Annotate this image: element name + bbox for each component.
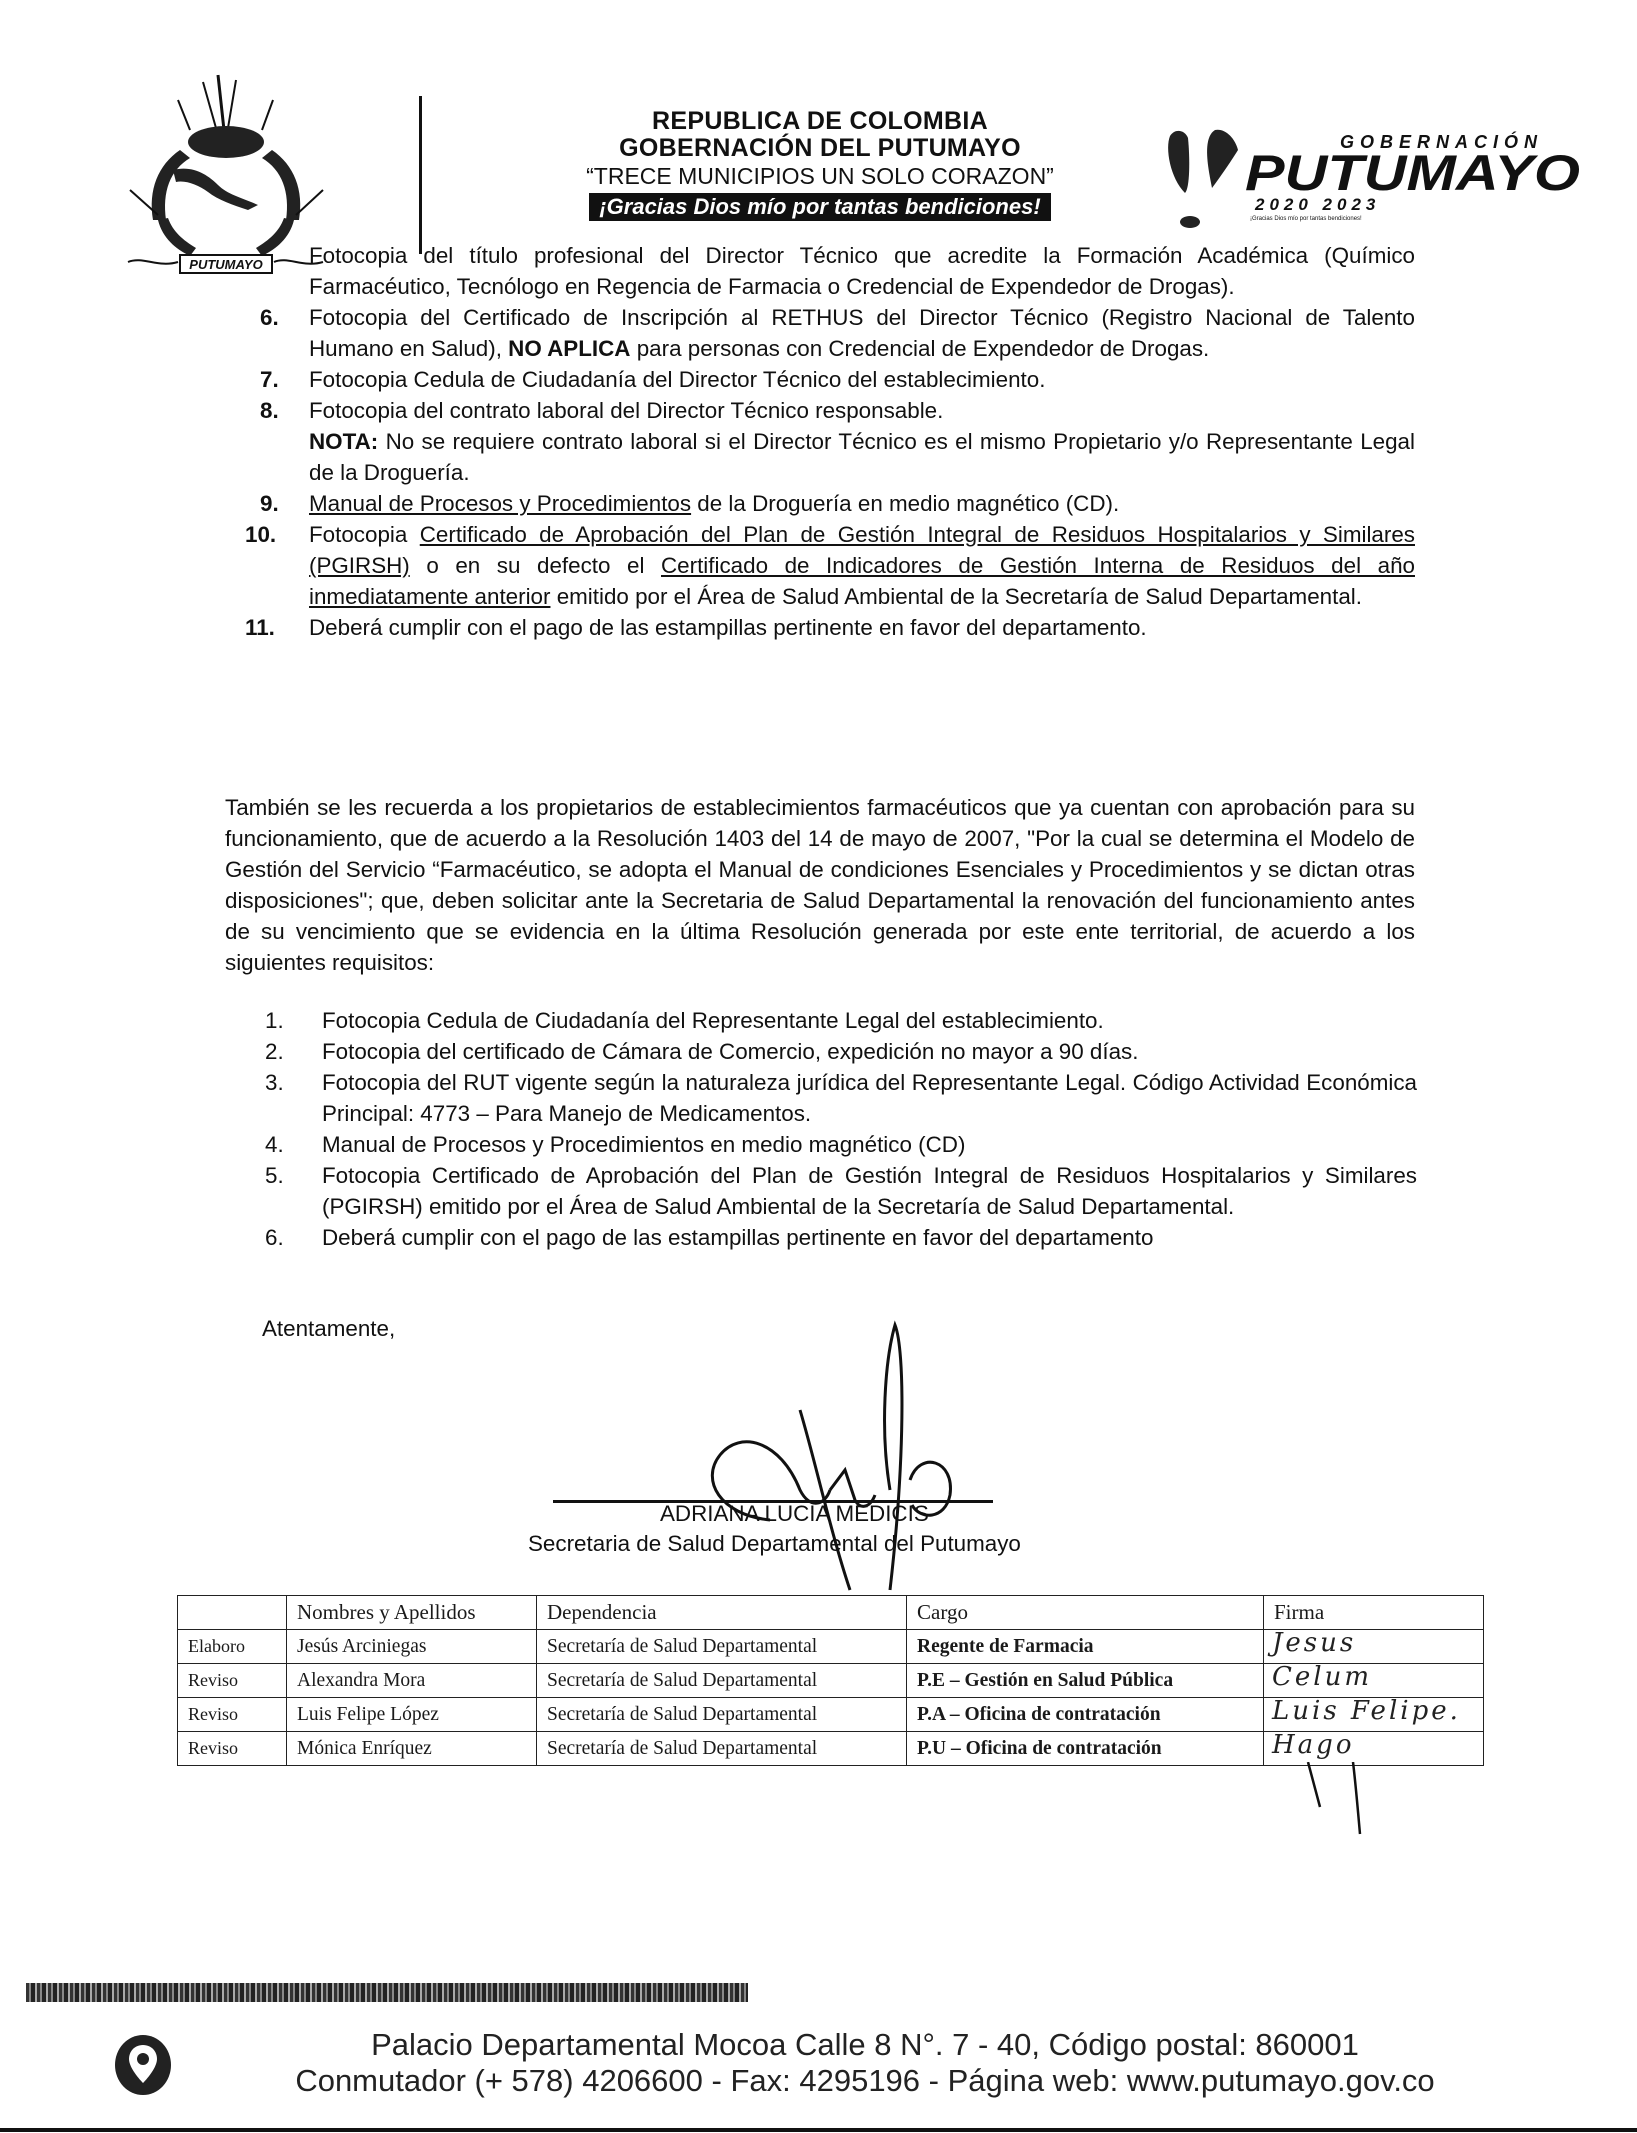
list-number: 1. (265, 1005, 284, 1036)
footer-rule (0, 2128, 1637, 2132)
list-number: 9. (260, 488, 279, 519)
list-text: para personas con Credencial de Expended… (630, 336, 1209, 361)
list-number: 11. (245, 612, 275, 643)
list-text: Manual de Procesos y Procedimientos (309, 491, 691, 516)
list-number: 6. (260, 302, 279, 333)
cell-department: Secretaría de Salud Departamental (537, 1732, 907, 1766)
country-name: REPUBLICA DE COLOMBIA (520, 108, 1120, 135)
list-text: Deberá cumplir con el pago de las estamp… (322, 1225, 1153, 1250)
review-table: Nombres y Apellidos Dependencia Cargo Fi… (177, 1595, 1484, 1766)
banner-motto: ¡Gracias Dios mío por tantas bendiciones… (589, 193, 1050, 221)
header-department: Dependencia (537, 1596, 907, 1630)
table-row: RevisoMónica EnríquezSecretaría de Salud… (178, 1732, 1484, 1766)
requirements-list-renewal: 1.Fotocopia Cedula de Ciudadanía del Rep… (262, 1005, 1417, 1253)
header-signature: Firma (1264, 1596, 1484, 1630)
list-item: 11.Deberá cumplir con el pago de las est… (245, 612, 1415, 643)
table-row: RevisoAlexandra MoraSecretaría de Salud … (178, 1664, 1484, 1698)
list-text: Fotocopia (309, 522, 420, 547)
putumayo-logo-icon: GOBERNACIÓN PUTUMAYO 2020 2023 ¡Gracias … (1160, 118, 1585, 233)
table-row: RevisoLuis Felipe LópezSecretaría de Sal… (178, 1698, 1484, 1732)
cell-name: Jesús Arciniegas (287, 1630, 537, 1664)
cell-name: Luis Felipe López (287, 1698, 537, 1732)
header-position: Cargo (907, 1596, 1264, 1630)
renewal-paragraph: También se les recuerda a los propietari… (225, 792, 1415, 978)
list-text: Fotocopia del título profesional del Dir… (309, 243, 1415, 299)
closing: Atentamente, (262, 1316, 395, 1342)
list-item: 8.Fotocopia del contrato laboral del Dir… (245, 395, 1415, 488)
list-text: Deberá cumplir con el pago de las estamp… (309, 615, 1147, 640)
cell-signature: Luis Felipe. (1264, 1698, 1484, 1732)
cell-name: Alexandra Mora (287, 1664, 537, 1698)
list-item: 3.Fotocopia del RUT vigente según la nat… (262, 1067, 1417, 1129)
cell-action: Reviso (178, 1698, 287, 1732)
cell-position: P.A – Oficina de contratación (907, 1698, 1264, 1732)
list-number: 4. (265, 1129, 284, 1160)
list-text: Fotocopia Certificado de Aprobación del … (322, 1163, 1417, 1219)
list-item: 6.Deberá cumplir con el pago de las esta… (262, 1222, 1417, 1253)
cell-signature: Hago (1264, 1732, 1484, 1766)
cell-position: P.U – Oficina de contratación (907, 1732, 1264, 1766)
handwritten-signature: Luis Felipe. (1272, 1694, 1461, 1728)
cell-signature: Jesus (1264, 1630, 1484, 1664)
list-number: 8. (260, 395, 279, 426)
signature-tail (1298, 1762, 1378, 1837)
list-number: 3. (265, 1067, 284, 1098)
list-text: de la Droguería en medio magnético (CD). (691, 491, 1119, 516)
handwritten-signature: Jesus (1272, 1626, 1356, 1660)
list-number: 10. (245, 519, 276, 550)
svg-text:PUTUMAYO: PUTUMAYO (1245, 145, 1580, 201)
list-text: Fotocopia Cedula de Ciudadanía del Direc… (309, 367, 1045, 392)
table-row: ElaboroJesús ArciniegasSecretaría de Sal… (178, 1630, 1484, 1664)
list-text: emitido por el Área de Salud Ambiental d… (550, 584, 1362, 609)
svg-text:¡Gracias Dios mío por tantas b: ¡Gracias Dios mío por tantas bendiciones… (1250, 216, 1362, 222)
list-number: 5. (265, 1160, 284, 1191)
handwritten-signature: Hago (1272, 1728, 1354, 1762)
list-number: 7. (260, 364, 279, 395)
header-name: Nombres y Apellidos (287, 1596, 537, 1630)
note-text: No se requiere contrato laboral si el Di… (309, 429, 1415, 485)
note-label: NOTA: (309, 429, 378, 454)
list-item: 5.Fotocopia del título profesional del D… (245, 240, 1415, 302)
cell-signature: Celum (1264, 1664, 1484, 1698)
list-text: Fotocopia del RUT vigente según la natur… (322, 1070, 1417, 1126)
list-item: 10.Fotocopia Certificado de Aprobación d… (245, 519, 1415, 612)
signatory-name: ADRIANA LUCIA MEDICIS (660, 1500, 929, 1528)
list-item: 2.Fotocopia del certificado de Cámara de… (262, 1036, 1417, 1067)
cell-department: Secretaría de Salud Departamental (537, 1664, 907, 1698)
svg-text:2020 2023: 2020 2023 (1254, 195, 1380, 214)
header-divider (419, 96, 422, 254)
cell-name: Mónica Enríquez (287, 1732, 537, 1766)
header-action (178, 1596, 287, 1630)
slogan: “TRECE MUNICIPIOS UN SOLO CORAZON” (520, 162, 1120, 190)
list-item: 7.Fotocopia Cedula de Ciudadanía del Dir… (245, 364, 1415, 395)
cell-department: Secretaría de Salud Departamental (537, 1698, 907, 1732)
letterhead: REPUBLICA DE COLOMBIA GOBERNACIÓN DEL PU… (520, 108, 1120, 221)
table-header-row: Nombres y Apellidos Dependencia Cargo Fi… (178, 1596, 1484, 1630)
list-text: Fotocopia Cedula de Ciudadanía del Repre… (322, 1008, 1104, 1033)
footer-address: Palacio Departamental Mocoa Calle 8 N°. … (210, 2027, 1520, 2063)
list-item: 4.Manual de Procesos y Procedimientos en… (262, 1129, 1417, 1160)
footer-contact: Palacio Departamental Mocoa Calle 8 N°. … (210, 2027, 1520, 2099)
cell-action: Reviso (178, 1732, 287, 1766)
list-item: 5.Fotocopia Certificado de Aprobación de… (262, 1160, 1417, 1222)
gobernacion-logo: GOBERNACIÓN PUTUMAYO 2020 2023 ¡Gracias … (1160, 118, 1585, 233)
list-item: 9.Manual de Procesos y Procedimientos de… (245, 488, 1415, 519)
list-text: NO APLICA (508, 336, 630, 361)
cell-position: Regente de Farmacia (907, 1630, 1264, 1664)
list-number: 2. (265, 1036, 284, 1067)
cell-action: Elaboro (178, 1630, 287, 1664)
list-item: 1.Fotocopia Cedula de Ciudadanía del Rep… (262, 1005, 1417, 1036)
cell-position: P.E – Gestión en Salud Pública (907, 1664, 1264, 1698)
cell-department: Secretaría de Salud Departamental (537, 1630, 907, 1664)
list-text: Manual de Procesos y Procedimientos en m… (322, 1132, 965, 1157)
list-text: Fotocopia del contrato laboral del Direc… (309, 398, 943, 423)
signatory-role: Secretaria de Salud Departamental del Pu… (528, 1530, 1021, 1558)
entity-name: GOBERNACIÓN DEL PUTUMAYO (520, 135, 1120, 162)
requirements-list-new: 5.Fotocopia del título profesional del D… (245, 240, 1415, 643)
footer-pattern-bar (26, 1983, 748, 2002)
cell-action: Reviso (178, 1664, 287, 1698)
location-pin-icon (112, 2033, 174, 2097)
list-text: o en su defecto el (410, 553, 661, 578)
handwritten-signature: Celum (1272, 1660, 1372, 1694)
footer-phone-web: Conmutador (+ 578) 4206600 - Fax: 429519… (210, 2063, 1520, 2099)
list-number: 6. (265, 1222, 284, 1253)
list-text: Fotocopia del certificado de Cámara de C… (322, 1039, 1138, 1064)
list-item: 6.Fotocopia del Certificado de Inscripci… (245, 302, 1415, 364)
